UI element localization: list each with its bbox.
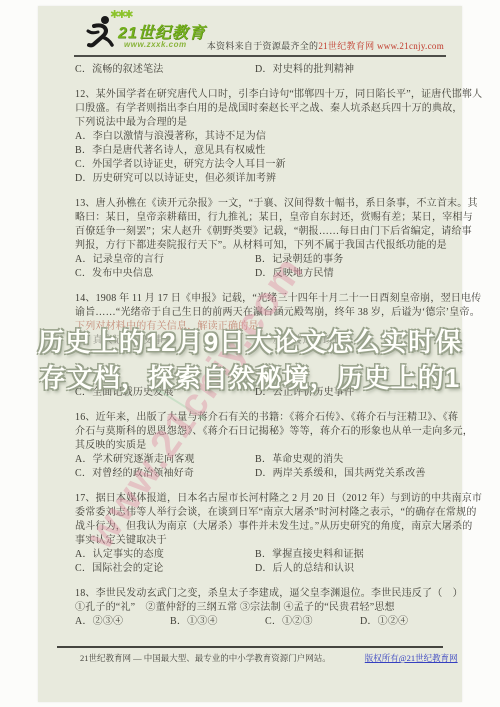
option-cell: D．对史料的批判精神 — [255, 63, 442, 77]
option-cell: B．①③④ — [170, 615, 265, 629]
option-cell: A．②③④ — [75, 615, 170, 629]
question-block: 18、李世民发动玄武门之变，杀皇太子李建成，逼父皇李渊退位。李世民违反了（ ）①… — [75, 587, 442, 629]
question-line: 13、唐人孙樵在《读开元杂报》一文，“于襄、汉间得数十幅书，系日条事，不立首末。… — [75, 197, 442, 211]
question-line: 12、某外国学者在研究唐代人口时，引李白诗句“邯郸四十万，同日陷长平”，证唐代邯… — [75, 88, 442, 102]
question-line: ①孔子的“礼” ②董仲舒的三纲五常 ③宗法制 ④孟子的“民贵君轻”思想 — [75, 601, 442, 615]
option-cell: D．①②④ — [360, 615, 442, 629]
header-tagline: 本资料来自于资源最齐全的21世纪教育网 www.21cnjy.com — [207, 39, 444, 52]
option-row: A．②③④B．①③④C．①②③D．①②④ — [75, 615, 442, 629]
question-line: 18、李世民发动玄武门之变，杀皇太子李建成，逼父皇李渊退位。李世民违反了（ ） — [75, 587, 442, 601]
tagline-prefix: 本资料来自于资源最齐全的 — [207, 41, 319, 51]
question-line: D．历史研究可以以诗证史，但必须详加考辨 — [75, 172, 442, 186]
brand-url: www.zxxk.com — [124, 40, 187, 49]
question-line: B．李白是唐代著名诗人，意见具有权威性 — [75, 144, 442, 158]
option-cell: B．掌握直接史料和证据 — [255, 548, 442, 562]
footer-text: 21世纪教育网 — 中国最大型、最专业的中小学教育资源门户网站。 — [80, 653, 331, 663]
question-line: 介石与莫斯科的恩恩怨怨》、《蒋介石日记揭秘》等等，蒋介石的形象也从单一走向多元， — [75, 425, 442, 439]
question-block: C．流畅的叙述笔法D．对史料的批判精神 — [75, 63, 442, 77]
question-line: A．李白以激情与浪漫著称，其诗不足为信 — [75, 130, 442, 144]
caption-watermark: 历史上的12月9日大论文怎么实时保 存文档，探索自然秘境，历史上的1 — [0, 324, 500, 396]
option-row: C．流畅的叙述笔法D．对史料的批判精神 — [75, 63, 442, 77]
question-block: 13、唐人孙樵在《读开元杂报》一文，“于襄、汉间得数十幅书，系日条事，不立首末。… — [75, 197, 442, 281]
option-row: C．国际社会的定论D．后人的总结和认识 — [75, 562, 442, 576]
page-header: ✱✱✱ 21世纪教育 www.zxxk.com 本资料来自于资源最齐全的21世纪… — [38, 6, 462, 56]
option-cell: A．记录皇帝的言行 — [75, 253, 255, 267]
caption-watermark-line2: 存文档，探索自然秘境，历史上的1 — [0, 360, 500, 396]
option-row: A．认定事实的态度B．掌握直接史料和证据 — [75, 548, 442, 562]
question-block: 12、某外国学者在研究唐代人口时，引李白诗句“邯郸四十万，同日陷长平”，证唐代邯… — [75, 88, 442, 186]
footer-divider — [57, 646, 443, 648]
option-cell: B．革命史观的消失 — [255, 453, 442, 467]
question-line: 口殷盛。有学者则指出李白用的是战国时秦赵长平之战、秦人坑杀赵兵四十万的典故， — [75, 102, 442, 116]
option-cell: C．发布中央信息 — [75, 267, 255, 281]
footer-copyright-link[interactable]: 版权所有@21世纪教育网 — [365, 653, 458, 663]
question-line: 其反映的实质是 — [75, 439, 442, 453]
question-line: 16、近年来，出版了大量与蒋介石有关的书籍：《蒋介石传》、《蒋介石与汪精卫》、《… — [75, 411, 442, 425]
question-line: 略曰：某日，皇帝亲耕藉田，行九推礼；某日，皇帝自东封还，赏赐有差；某日，宰相与 — [75, 211, 442, 225]
question-line: 事实认定关键取决于 — [75, 534, 442, 548]
option-row: A．记录皇帝的言行B．记录朝廷的事务 — [75, 253, 442, 267]
question-line: 百僚廷争一刻罢”；宋人赵升《朝野类要》记载，“朝报……每日由门下后省编定，请给事 — [75, 225, 442, 239]
header-divider — [74, 55, 446, 57]
option-cell: D．两岸关系缓和，国共两党关系改善 — [255, 467, 442, 481]
page-footer: 21世纪教育网 — 中国最大型、最专业的中小学教育资源门户网站。版权所有@21世… — [38, 646, 462, 702]
option-cell: C．流畅的叙述笔法 — [75, 63, 255, 77]
tagline-site-link[interactable]: 21世纪教育网 www.21cnjy.com — [318, 41, 444, 51]
option-cell: A．认定事实的态度 — [75, 548, 255, 562]
option-cell: C．①②③ — [265, 615, 360, 629]
question-line: C．外国学者以诗证史，研究方法令人耳目一新 — [75, 158, 442, 172]
option-cell: C．国际社会的定论 — [75, 562, 255, 576]
option-cell: D．后人的总结和认识 — [255, 562, 442, 576]
question-line: 判报，方行下都进奏院报行天下”。从材料可知，下列不属于我国古代报纸功能的是 — [75, 239, 442, 253]
caption-watermark-line1: 历史上的12月9日大论文怎么实时保 — [0, 324, 500, 360]
question-line: 下列说法中最为合理的是 — [75, 116, 442, 130]
